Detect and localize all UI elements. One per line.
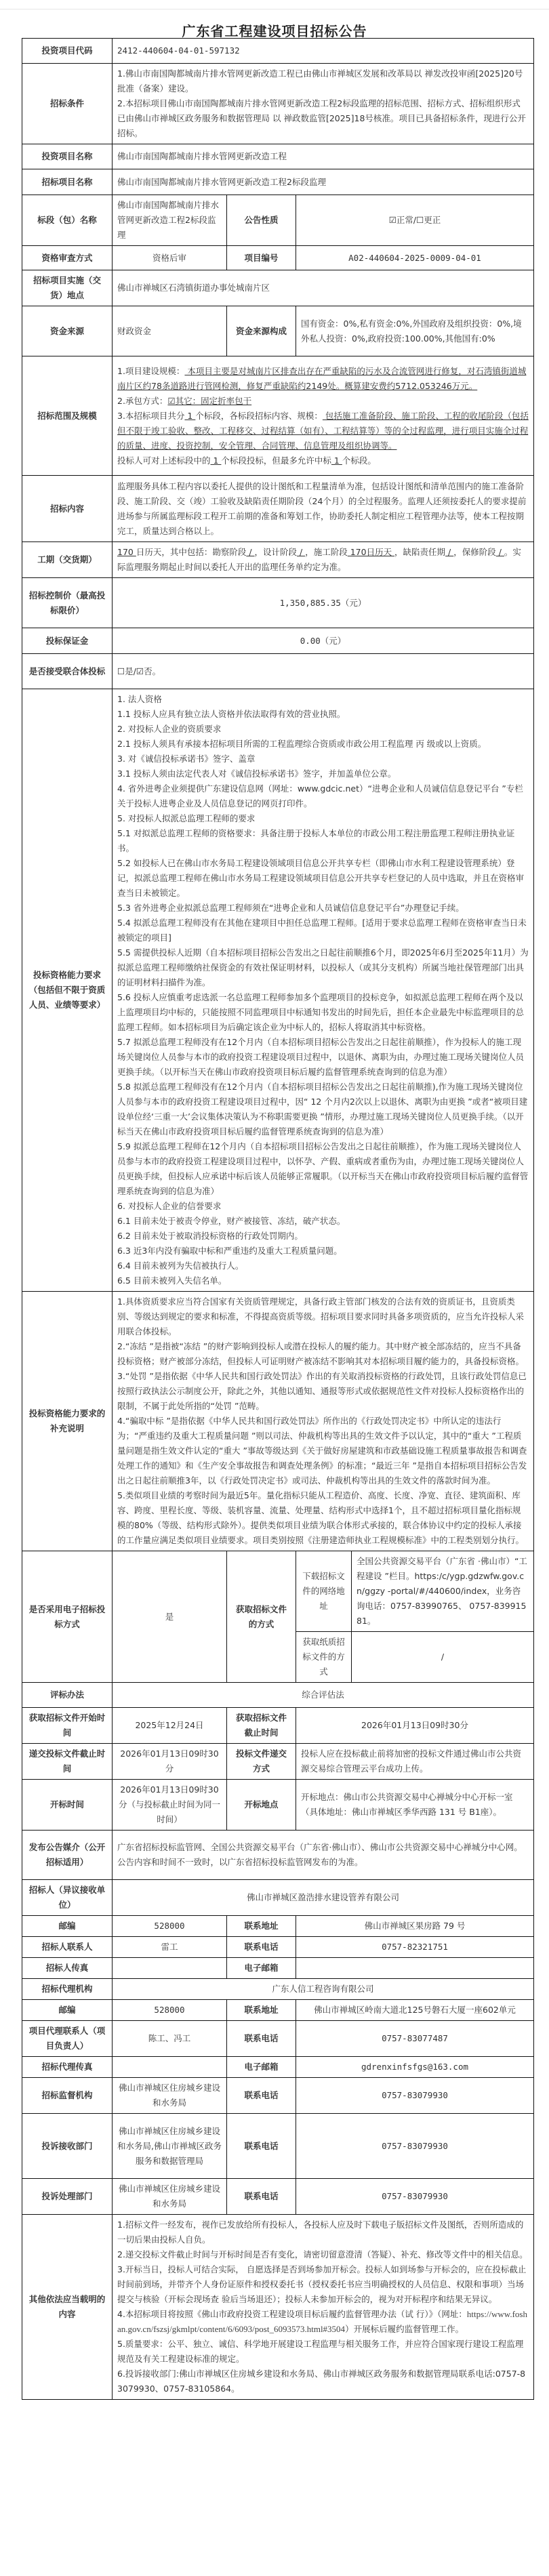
condition-line: 2.本招标项目佛山市南国陶都城南片排水管网更新改造工程2标段监理的招标范围、招标…	[117, 96, 529, 141]
label-supervisor: 招标监督机构	[22, 2078, 113, 2114]
value-obtain-start: 2025年12月24日	[113, 1708, 227, 1744]
req-line: 5.4 拟派总监理工程师没有在其他在建项目中担任总监理工程师。[适用于要求总监理…	[117, 916, 529, 945]
media-line: 广东省招标投标监管网、全国公共资源交易平台（广东省·佛山市）、佛山市公共资源交易…	[117, 1840, 529, 1855]
label-agency-phone: 联系电话	[227, 2021, 296, 2057]
supp-line: 4.“骗取中标 ”是指依据《中华人民共和国行政处罚法》所作出的《行政处罚决定书》…	[117, 1414, 529, 1488]
label-tenderer-email: 电子邮箱	[227, 1958, 296, 1979]
value-agency-phone: 0757-83077487	[296, 2021, 534, 2057]
value-agency-address: 佛山市禅城区岭南大道北125号磐石大厦一座602单元	[296, 2000, 534, 2021]
req-line: 2.1 投标人须具有承接本招标项目所需的工程监理综合资质或市政公用工程监理 丙 …	[117, 737, 529, 752]
value-agency: 广东人信工程咨询有限公司	[113, 1979, 534, 2000]
row-agency: 招标代理机构 广东人信工程咨询有限公司	[22, 1979, 534, 2000]
scope-l4-a: 投标人可对上述标段中的	[117, 455, 211, 466]
value-investment-name: 佛山市南国陶都城南片排水管网更新改造工程	[113, 144, 534, 169]
label-funding: 资金来源	[22, 306, 113, 356]
row-section: 标段（包）名称 佛山市南国陶都城南片排水管网更新改造工程2标段监理 公告性质 ☑…	[22, 195, 534, 246]
other-l4-prefix: 4.本招标项目将按照《佛山市政府投资工程建设项目标后履约监督管理办法（试 行）》…	[117, 2309, 467, 2319]
label-tender-name: 招标项目名称	[22, 169, 113, 195]
label-duration: 工期（交货期）	[22, 542, 113, 578]
value-consortium: ☐是/☑否。	[113, 654, 534, 689]
label-scope: 招标范围及规模	[22, 356, 113, 476]
value-max-price: 1,350,885.35（元）	[113, 578, 534, 628]
label-investment-name: 投资项目名称	[22, 144, 113, 169]
row-opening: 开标时间 2026年01月13日09时30分（与投标截止时间为同一时间） 开标地…	[22, 1780, 534, 1831]
other-l4-suffix: ）开展标后履约监督管理工作。	[345, 2324, 464, 2334]
row-scope: 招标范围及规模 1.项目建设规模： 本项目主要是对城南片区排查出存在严重缺陷的污…	[22, 356, 534, 476]
value-electronic: 是	[113, 1551, 227, 1683]
req-line: 5.5 需提供投标人近期（自本招标项目招标公告发出之日起往前顺推6个月，即202…	[117, 945, 529, 990]
req-line: 4. 省外进粤企业须提供广东建设信息网（网址：www.gdcic.net）“进粤…	[117, 781, 529, 811]
value-tenderer-phone: 0757-82321751	[296, 1937, 534, 1958]
row-location: 招标项目实施（交货）地点 佛山市禅城区石湾镇街道办事处城南片区	[22, 270, 534, 306]
req-line: 3. 对《诚信投标承诺书》签字、盖章	[117, 752, 529, 766]
label-submit-method: 投标文件递交方式	[227, 1744, 296, 1780]
scope-l1-prefix: 1.项目建设规模：	[117, 366, 184, 376]
value-agency-contact: 陈工、冯工	[113, 2021, 227, 2057]
label-opening-place: 开标地点	[227, 1780, 296, 1831]
label-project-code: 投资项目代码	[22, 39, 113, 64]
label-obtain-start: 获取招标文件开始时间	[22, 1708, 113, 1744]
scope-line-1: 1.项目建设规模： 本项目主要是对城南片区排查出存在严重缺陷的污水及合流管网进行…	[117, 364, 529, 394]
label-notice-nature: 公告性质	[227, 195, 296, 246]
label-agency-address: 联系地址	[227, 2000, 296, 2021]
scope-l2-detail: ☑其它：固定折率包干	[167, 396, 251, 406]
row-funding: 资金来源 财政资金 资金来源构成 国有资金：0%,私有资金:0%,外国政府及组织…	[22, 306, 534, 356]
row-agency-post: 邮编 528000 联系地址 佛山市禅城区岭南大道北125号磐石大厦一座602单…	[22, 2000, 534, 2021]
req-line: 6.4 目前未被列为失信被执行人。	[117, 1259, 529, 1273]
req-line: 6.5 目前未被列入失信名单。	[117, 1273, 529, 1288]
row-investment-name: 投资项目名称 佛山市南国陶都城南片排水管网更新改造工程	[22, 144, 534, 169]
value-project-code: 2412-440604-04-01-597132	[113, 39, 534, 64]
other-line: 6.投诉接收部门:佛山市禅城区住房城乡建设和水务局、佛山市禅城区政务服务和数据管…	[117, 2367, 529, 2396]
label-tenderer-postcode: 邮编	[22, 1916, 113, 1937]
scope-line-3: 3.本招标项目共分 1 个标段，各标段招标内容、规模： 包括施工准备阶段、施工阶…	[117, 409, 529, 453]
value-tenderer-postcode: 528000	[113, 1916, 227, 1937]
row-requirements: 投标资格能力要求（包括但不限于资质人员、业绩等要求） 1. 法人资格 1.1 投…	[22, 689, 534, 1292]
value-media: 广东省招标投标监管网、全国公共资源交易平台（广东省·佛山市）、佛山市公共资源交易…	[113, 1831, 534, 1880]
value-tenderer-email	[296, 1958, 534, 1979]
label-consortium: 是否接受联合体投标	[22, 654, 113, 689]
value-other: 1.招标文件一经发布，视作已发放给所有投标人，各投标人应及时下载电子版招标文件及…	[113, 2215, 534, 2400]
label-project-number: 项目编号	[227, 246, 296, 270]
row-deposit: 投标保证金 0.00（元）	[22, 628, 534, 654]
duration-warranty: /	[496, 547, 504, 557]
value-complaint-receive-phone: 0757-83079930	[296, 2114, 534, 2179]
value-agency-email[interactable]: gdrenxinfsfgs@163.com	[296, 2057, 534, 2078]
supp-line: 1.具体资质要求应当符合国家有关资质管理规定，具备行政主管部门核发的合法有效的资…	[117, 1294, 529, 1339]
row-agency-fax: 招标代理传真 电子邮箱 gdrenxinfsfgs@163.com	[22, 2057, 534, 2078]
row-media: 发布公告媒介（公开招标适用） 广东省招标投标监管网、全国公共资源交易平台（广东省…	[22, 1831, 534, 1880]
value-supplement: 1.具体资质要求应当符合国家有关资质管理规定，具备行政主管部门核发的合法有效的资…	[113, 1292, 534, 1551]
value-evaluation: 综合评估法	[113, 1683, 534, 1708]
req-line: 5.2 如投标人已在佛山市水务局工程建设领域项目信息公开共享专栏（即佛山市水利工…	[117, 856, 529, 901]
page-title: 广东省工程建设项目招标公告	[0, 20, 549, 40]
row-electronic-download: 是否采用电子招标投标方式 是 获取招标文件的方式 下载招标文件的网络地址 全国公…	[22, 1551, 534, 1632]
value-tenderer-fax	[113, 1958, 227, 1979]
row-complaint-receive: 投诉接收部门 佛山市禅城区住房城乡建设和水务局,佛山市禅城区政务服务和数据管理局…	[22, 2114, 534, 2179]
scope-l4-n1: 1	[211, 455, 222, 466]
row-tenderer-contact: 招标人联系人 雷工 联系电话 0757-82321751	[22, 1937, 534, 1958]
label-complaint-process-phone: 联系电话	[227, 2179, 296, 2215]
row-tenderer-fax: 招标人传真 电子邮箱	[22, 1958, 534, 1979]
label-tenderer-phone: 联系电话	[227, 1937, 296, 1958]
value-complaint-process: 佛山市禅城区住房城乡建设和水务局	[113, 2179, 227, 2215]
label-tenderer-contact: 招标人联系人	[22, 1937, 113, 1958]
scope-l3-prefix: 3.本招标项目共分	[117, 411, 184, 421]
row-supervisor: 招标监督机构 佛山市禅城区住房城乡建设和水务局 联系电话 0757-830799…	[22, 2078, 534, 2114]
other-line: 5.质量要求：公平、独立、诚信、科学地开展建设工程监理与相关服务工作，并应符合国…	[117, 2337, 529, 2367]
row-evaluation: 评标办法 综合评估法	[22, 1683, 534, 1708]
req-line: 3.1 投标人须由法定代表人对《诚信投标承诺书》签字，并加盖单位公章。	[117, 766, 529, 781]
duration-text: ，缺陷责任期	[394, 547, 445, 557]
value-download-url[interactable]: 全国公共资源交易平台（广东省 ·佛山市）“工程建设 ”栏目。https:/c/y…	[352, 1551, 534, 1632]
value-project-number: A02-440604-2025-0009-04-01	[296, 246, 534, 270]
label-agency: 招标代理机构	[22, 1979, 113, 2000]
req-line: 1.1 投标人应具有独立法人资格并依法取得有效的营业执照。	[117, 707, 529, 722]
value-qualification: 资格后审	[113, 246, 227, 270]
label-media: 发布公告媒介（公开招标适用）	[22, 1831, 113, 1880]
label-section: 标段（包）名称	[22, 195, 113, 246]
req-line: 6.2 目前未处于被取消投标资格的行政处罚期内。	[117, 1229, 529, 1244]
supp-line: 2.“冻结 ”是指被“冻结 ”的财产影响到投标人或潜在投标人的履约能力。其中财产…	[117, 1339, 529, 1369]
tender-notice-table: 投资项目代码 2412-440604-04-01-597132 招标条件 1.佛…	[22, 38, 534, 2400]
label-conditions: 招标条件	[22, 64, 113, 144]
label-max-price: 招标控制价（最高投标限价）	[22, 578, 113, 628]
row-conditions: 招标条件 1.佛山市南国陶都城南片排水管网更新改造工程已由佛山市禅城区发展和改革…	[22, 64, 534, 144]
scope-l3-mid: 个标段，各标段招标内容、规模：	[195, 411, 323, 421]
label-tenderer-address: 联系地址	[227, 1916, 296, 1937]
value-tender-name: 佛山市南国陶都城南片排水管网更新改造工程2标段监理	[113, 169, 534, 195]
supp-line: 3.“处罚 ”是指依据《中华人民共和国行政处罚法》作出的有关取消投标资格的行政处…	[117, 1369, 529, 1414]
label-download-url: 下载招标文件的网络地址	[296, 1551, 352, 1632]
req-line: 5.6 投标人应慎重考虑选派一名总监理工程师参加多个监理项目的投标竞争，如拟派总…	[117, 990, 529, 1035]
req-line: 5. 对投标人拟派总监理工程师的要求	[117, 811, 529, 826]
value-requirements: 1. 法人资格 1.1 投标人应具有独立法人资格并依法取得有效的营业执照。 2.…	[113, 689, 534, 1292]
req-line: 5.1 对拟派总监理工程师的资格要求：具备注册于投标人本单位的市政公用工程注册监…	[117, 826, 529, 856]
label-complaint-receive-phone: 联系电话	[227, 2114, 296, 2179]
duration-construction: 170日历天	[348, 547, 394, 557]
duration-text: 日历天，其中包括：勘察阶段	[136, 547, 247, 557]
value-tenderer: 佛山市禅城区盈浩排水建设管养有限公司	[113, 1880, 534, 1916]
label-requirements: 投标资格能力要求（包括但不限于资质人员、业绩等要求）	[22, 689, 113, 1292]
value-complaint-process-phone: 0757-83079930	[296, 2179, 534, 2215]
label-agency-fax: 招标代理传真	[22, 2057, 113, 2078]
row-tenderer: 招标人（异议接收单位） 佛山市禅城区盈浩排水建设管养有限公司	[22, 1880, 534, 1916]
row-project-code: 投资项目代码 2412-440604-04-01-597132	[22, 39, 534, 64]
supp-line: 5.类似项目业绩的考察时间为最近5年。量化指标只能从工程造价、高度、长度、净宽、…	[117, 1488, 529, 1548]
row-content: 招标内容 监理服务具体工程内容以委托人提供的设计图纸和工程量清单为准，包括设计图…	[22, 476, 534, 542]
value-content: 监理服务具体工程内容以委托人提供的设计图纸和工程量清单为准，包括设计图纸和清单范…	[113, 476, 534, 542]
value-tenderer-address: 佛山市禅城区果房路 79 号	[296, 1916, 534, 1937]
label-agency-contact: 项目代理联系人（项目负责人）	[22, 2021, 113, 2057]
value-funding-composition: 国有资金：0%,私有资金:0%,外国政府及组织投资：0%,境外私人投资：0%,政…	[296, 306, 534, 356]
row-supplement: 投标资格能力要求的补充说明 1.具体资质要求应当符合国家有关资质管理规定，具备行…	[22, 1292, 534, 1551]
label-electronic: 是否采用电子招标投标方式	[22, 1551, 113, 1683]
label-tenderer: 招标人（异议接收单位）	[22, 1880, 113, 1916]
value-duration: 170 日历天，其中包括：勘察阶段 / ，设计阶段 / ，施工阶段 170日历天…	[113, 542, 534, 578]
value-location: 佛山市禅城区石湾镇街道办事处城南片区	[113, 270, 534, 306]
duration-text: ，施工阶段	[305, 547, 348, 557]
scope-l3-count: 1	[184, 411, 195, 421]
label-complaint-process: 投诉处理部门	[22, 2179, 113, 2215]
label-content: 招标内容	[22, 476, 113, 542]
label-evaluation: 评标办法	[22, 1683, 113, 1708]
duration-design: /	[297, 547, 305, 557]
row-duration: 工期（交货期） 170 日历天，其中包括：勘察阶段 / ，设计阶段 / ，施工阶…	[22, 542, 534, 578]
value-deposit: 0.00（元）	[113, 628, 534, 654]
scope-l4-n2: 1	[331, 455, 342, 466]
value-complaint-receive: 佛山市禅城区住房城乡建设和水务局,佛山市禅城区政务服务和数据管理局	[113, 2114, 227, 2179]
value-agency-fax	[113, 2057, 227, 2078]
label-location: 招标项目实施（交货）地点	[22, 270, 113, 306]
scope-l4-c: 个标段。	[342, 455, 376, 466]
label-paper-method: 获取纸质招标文件的方式	[296, 1632, 352, 1683]
value-submit-deadline: 2026年01月13日09时30分	[113, 1744, 227, 1780]
label-obtain-method: 获取招标文件的方式	[227, 1551, 296, 1683]
label-funding-composition: 资金来源构成	[227, 306, 296, 356]
value-submit-method: 投标人应在投标截止前将加密的投标文件通过佛山市公共资源交易综合管理云平台成功上传…	[296, 1744, 534, 1780]
label-tenderer-fax: 招标人传真	[22, 1958, 113, 1979]
row-qualification: 资格审查方式 资格后审 项目编号 A02-440604-2025-0009-04…	[22, 246, 534, 270]
row-obtain-time: 获取招标文件开始时间 2025年12月24日 获取招标文件截止时间 2026年0…	[22, 1708, 534, 1744]
row-tender-name: 招标项目名称 佛山市南国陶都城南片排水管网更新改造工程2标段监理	[22, 169, 534, 195]
req-line: 5.3 省外进粤企业拟派总监理工程师须在“进粤企业和人员诚信信息登记平台”办理登…	[117, 901, 529, 916]
row-submit: 递交投标文件截止时间 2026年01月13日09时30分 投标文件递交方式 投标…	[22, 1744, 534, 1780]
other-line: 2.递交投标文件截止时间与开标时间是否有变化，请密切留意澄清（答疑）、补充、修改…	[117, 2247, 529, 2262]
value-opening-time: 2026年01月13日09时30分（与投标截止时间为同一时间）	[113, 1780, 227, 1831]
value-tenderer-contact: 雷工	[113, 1937, 227, 1958]
label-submit-deadline: 递交投标文件截止时间	[22, 1744, 113, 1780]
label-other: 其他依法应当载明的内容	[22, 2215, 113, 2400]
scope-l2-prefix: 2.承包方式：	[117, 396, 167, 406]
duration-defect: /	[445, 547, 453, 557]
row-other: 其他依法应当载明的内容 1.招标文件一经发布，视作已发放给所有投标人，各投标人应…	[22, 2215, 534, 2400]
value-funding: 财政资金	[113, 306, 227, 356]
req-line: 5.7 拟派总监理工程师没有在12个月内（自本招标项目招标公告发出之日起往前顺推…	[117, 1035, 529, 1080]
top-divider	[0, 9, 549, 9]
label-agency-postcode: 邮编	[22, 2000, 113, 2021]
value-conditions: 1.佛山市南国陶都城南片排水管网更新改造工程已由佛山市禅城区发展和改革局以 禅发…	[113, 64, 534, 144]
duration-survey: /	[246, 547, 254, 557]
label-obtain-end: 获取招标文件截止时间	[227, 1708, 296, 1744]
value-obtain-end: 2026年01月13日09时30分	[296, 1708, 534, 1744]
row-tenderer-post: 邮编 528000 联系地址 佛山市禅城区果房路 79 号	[22, 1916, 534, 1937]
label-supplement: 投标资格能力要求的补充说明	[22, 1292, 113, 1551]
scope-line-4: 投标人可对上述标段中的 1 个标段投标，但最多允许中标 1 个标段。	[117, 453, 529, 468]
other-line: 3.开标当日，投标人可结合实际， 自愿选择是否到场参加开标会。投标人如到场参与开…	[117, 2262, 529, 2307]
req-line: 6. 对投标人企业的信誉要求	[117, 1199, 529, 1214]
label-complaint-receive: 投诉接收部门	[22, 2114, 113, 2179]
value-notice-nature: ☑正常/☐更正	[296, 195, 534, 246]
scope-l4-b: 个标段投标，但最多允许中标	[221, 455, 331, 466]
value-section: 佛山市南国陶都城南片排水管网更新改造工程2标段监理	[113, 195, 227, 246]
media-line: 公告内容和时间不一致时，以广东省招标投标监管网发布的为准。	[117, 1855, 529, 1870]
duration-text: ，设计阶段	[255, 547, 298, 557]
other-line: 1.招标文件一经发布，视作已发放给所有投标人，各投标人应及时下载电子版招标文件及…	[117, 2217, 529, 2247]
row-agency-contact: 项目代理联系人（项目负责人） 陈工、冯工 联系电话 0757-83077487	[22, 2021, 534, 2057]
req-line: 6.1 目前未处于被责令停业，财产被接管、冻结，破产状态。	[117, 1214, 529, 1229]
value-paper-method: /	[352, 1632, 534, 1683]
label-opening-time: 开标时间	[22, 1780, 113, 1831]
condition-line: 1.佛山市南国陶都城南片排水管网更新改造工程已由佛山市禅城区发展和改革局以 禅发…	[117, 66, 529, 96]
value-opening-place: 开标地点：佛山市公共资源交易中心禅城分中心开标一室（具体地址：佛山市禅城区季华西…	[296, 1780, 534, 1831]
row-max-price: 招标控制价（最高投标限价） 1,350,885.35（元）	[22, 578, 534, 628]
row-consortium: 是否接受联合体投标 ☐是/☑否。	[22, 654, 534, 689]
value-supervisor-phone: 0757-83079930	[296, 2078, 534, 2114]
value-scope: 1.项目建设规模： 本项目主要是对城南片区排查出存在严重缺陷的污水及合流管网进行…	[113, 356, 534, 476]
scope-line-2: 2.承包方式：☑其它：固定折率包干	[117, 394, 529, 409]
label-deposit: 投标保证金	[22, 628, 113, 654]
label-supervisor-phone: 联系电话	[227, 2078, 296, 2114]
duration-days: 170	[117, 547, 136, 557]
req-line: 2. 对投标人企业的资质要求	[117, 722, 529, 737]
row-complaint-process: 投诉处理部门 佛山市禅城区住房城乡建设和水务局 联系电话 0757-830799…	[22, 2179, 534, 2215]
req-line: 6.3 近3年内没有骗取中标和严重违约及重大工程质量问题。	[117, 1244, 529, 1259]
label-qualification: 资格审查方式	[22, 246, 113, 270]
other-line: 4.本招标项目将按照《佛山市政府投资工程建设项目标后履约监督管理办法（试 行）》…	[117, 2307, 529, 2337]
value-supervisor: 佛山市禅城区住房城乡建设和水务局	[113, 2078, 227, 2114]
req-line: 5.8 拟派总监理工程师没有在12个月内（自本招标项目招标公告发出之日起往前顺推…	[117, 1080, 529, 1139]
value-agency-postcode: 528000	[113, 2000, 227, 2021]
req-line: 1. 法人资格	[117, 692, 529, 707]
req-line: 5.9 拟派总监理工程师在12个月内（自本招标项目招标公告发出之日起往前顺推），…	[117, 1139, 529, 1199]
duration-text: ，保修阶段	[453, 547, 496, 557]
label-agency-email: 电子邮箱	[227, 2057, 296, 2078]
